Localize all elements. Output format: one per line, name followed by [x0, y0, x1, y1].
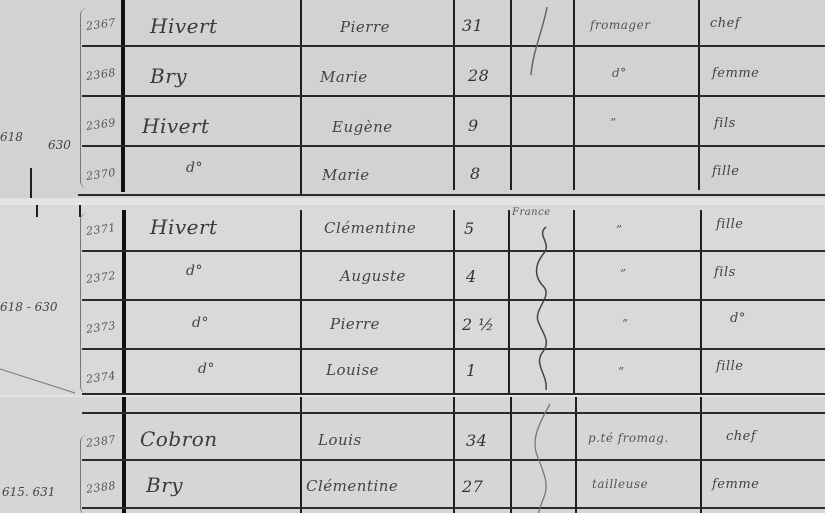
given-name: Clémentine: [324, 219, 416, 237]
age: 2 ½: [462, 315, 494, 334]
surname: Hivert: [150, 14, 218, 38]
column-divider: [453, 397, 455, 513]
household-role: femme: [712, 66, 759, 81]
surname-ditto: d°: [186, 263, 203, 279]
column-divider: [510, 397, 512, 513]
brace-marker: [80, 8, 87, 188]
given-name: Eugène: [332, 118, 393, 136]
column-divider: [300, 210, 302, 395]
surname-ditto: d°: [192, 315, 209, 331]
surname: Hivert: [142, 114, 210, 138]
nationality: France: [512, 207, 551, 218]
column-divider: [700, 397, 702, 513]
age: 8: [470, 164, 481, 183]
entry-number: 2368: [85, 66, 117, 83]
register-strip-2: 618 - 630 2371 Hivert Clémentine 5 Franc…: [0, 205, 825, 395]
given-name: Marie: [322, 166, 370, 184]
occupation: ”: [610, 116, 617, 130]
row-rule: [82, 348, 825, 350]
household-role: femme: [712, 477, 759, 492]
surname: Bry: [150, 64, 187, 88]
given-name: Pierre: [340, 18, 390, 36]
given-name: Auguste: [340, 267, 406, 285]
given-name: Pierre: [330, 315, 380, 333]
age: 9: [468, 116, 479, 135]
column-divider: [122, 210, 126, 395]
given-name: Louis: [318, 431, 362, 449]
margin-tick: [36, 205, 38, 217]
row-rule: [82, 507, 825, 509]
occupation: p.té fromag.: [588, 431, 669, 445]
occupation: tailleuse: [592, 477, 648, 491]
age: 31: [462, 16, 483, 35]
entry-number: 2372: [85, 269, 117, 286]
row-rule: [82, 459, 825, 461]
household-role: chef: [726, 429, 756, 444]
column-divider: [453, 210, 455, 395]
brace-marker: [80, 213, 87, 393]
column-divider: [508, 210, 510, 395]
surname-ditto: d°: [198, 361, 215, 377]
column-divider: [575, 397, 577, 513]
surname-ditto: d°: [186, 160, 203, 176]
column-divider: [573, 210, 575, 395]
occupation: ”: [622, 317, 629, 331]
surname: Cobron: [140, 427, 218, 451]
margin-tick: [30, 168, 32, 198]
occupation: d°: [612, 66, 627, 80]
margin-stroke: [0, 365, 80, 395]
row-rule: [82, 412, 825, 414]
household-role: fille: [716, 359, 743, 374]
row-rule: [82, 45, 825, 47]
column-divider: [122, 397, 126, 513]
row-rule: [82, 145, 825, 147]
household-role: fils: [714, 265, 736, 280]
register-strip-3: 615. 631 2387 Cobron Louis 34 p.té froma…: [0, 397, 825, 513]
entry-number: 2371: [85, 221, 117, 238]
bracket-stroke-icon: [530, 225, 570, 395]
entry-number: 2387: [85, 433, 117, 450]
entry-number: 2374: [85, 369, 117, 386]
given-name: Clémentine: [306, 477, 398, 495]
age: 34: [466, 431, 487, 450]
household-role: d°: [730, 311, 746, 326]
row-rule: [78, 194, 825, 196]
register-strip-1: 618 630 2367 Hivert Pierre 31 fromager c…: [0, 0, 825, 198]
entry-number: 2370: [85, 166, 117, 183]
row-rule: [82, 299, 825, 301]
household-role: fils: [714, 116, 736, 131]
household-role: fille: [712, 164, 739, 179]
page-seam: [0, 198, 825, 205]
occupation: ”: [618, 365, 625, 379]
surname: Hivert: [150, 215, 218, 239]
occupation: ”: [620, 267, 627, 281]
age: 4: [466, 267, 477, 286]
entry-number: 2388: [85, 479, 117, 496]
entry-number: 2367: [85, 16, 117, 33]
given-name: Marie: [320, 68, 368, 86]
column-divider: [700, 210, 702, 395]
menage-number: 630: [48, 138, 71, 152]
bracket-stroke-icon: [530, 402, 560, 513]
occupation: fromager: [590, 18, 650, 32]
house-number: 615. 631: [2, 485, 55, 499]
household-role: chef: [710, 16, 740, 31]
occupation: ”: [616, 223, 623, 237]
age: 1: [466, 361, 477, 380]
age: 28: [468, 66, 489, 85]
row-rule: [82, 250, 825, 252]
entry-number: 2369: [85, 116, 117, 133]
entry-number: 2373: [85, 319, 117, 336]
surname: Bry: [146, 473, 183, 497]
age: 5: [464, 219, 475, 238]
column-divider: [300, 0, 302, 195]
given-name: Louise: [326, 361, 379, 379]
house-number: 618: [0, 130, 23, 144]
row-rule: [82, 95, 825, 97]
column-divider: [300, 397, 302, 513]
bracket-stroke-icon: [525, 5, 555, 80]
household-role: fille: [716, 217, 743, 232]
age: 27: [462, 477, 483, 496]
house-number: 618 - 630: [0, 300, 58, 314]
